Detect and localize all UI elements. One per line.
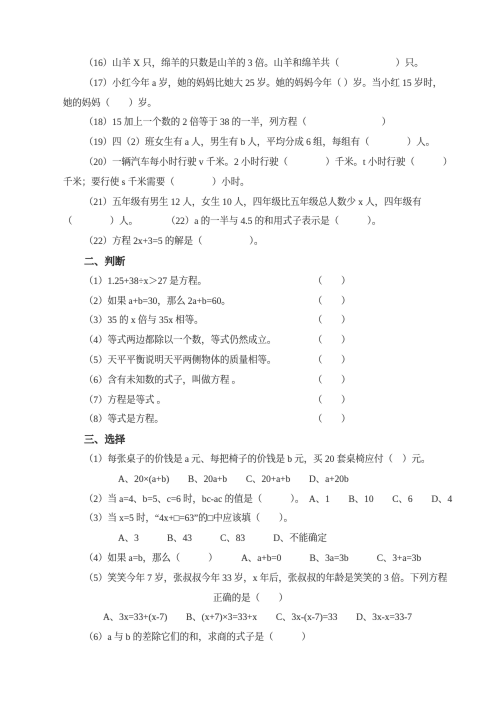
fill-item-20-continued: 千米；要行使 s 千米需要（ ）小时。 xyxy=(63,174,438,194)
worksheet-page: （16）山羊 X 只，绵羊的只数是山羊的 3 倍。山羊和绵羊共（ ）只。 （17… xyxy=(0,0,500,707)
fill-item-16: （16）山羊 X 只，绵羊的只数是山羊的 3 倍。山羊和绵羊共（ ）只。 xyxy=(63,55,438,75)
choice-item-3: （3）当 x=5 时，“4x+□=63”的□中应该填（ ）。 xyxy=(63,510,438,530)
section-heading-choice: 三、选择 xyxy=(63,431,438,451)
judge-statement-8: （8）等式是方程。 xyxy=(84,415,164,425)
choice-item-5: （5）笑笑今年 7 岁，张叔叔今年 33 岁，x 年后，张叔叔的年龄是笑笑的 3… xyxy=(63,570,438,590)
judge-statement-5: （5）天平平衡说明天平两侧物体的质量相等。 xyxy=(84,356,276,366)
fill-item-17-continued: 她的妈妈（ ）岁。 xyxy=(63,95,438,115)
choice-item-2: （2）当 a=4、b=5、c=6 时，bc-ac 的值是（ ）。 A、1 B、1… xyxy=(63,491,438,511)
answer-bracket-7: （ ） xyxy=(313,392,351,412)
answer-bracket-8: （ ） xyxy=(313,411,351,431)
choice-item-1-options: A、20×(a+b) B、20a+b C、20+a+b D、a+20b xyxy=(63,471,438,491)
choice-item-5-options: A、3x=33+(x-7) B、(x+7)×3=33+x C、3x-(x-7)=… xyxy=(63,609,438,629)
section-heading-judge: 二、判断 xyxy=(63,253,438,273)
fill-item-19: （19）四（2）班女生有 a 人，男生有 b 人，平均分成 6 组，每组有（ ）… xyxy=(63,134,438,154)
judge-item-5: （5）天平平衡说明天平两侧物体的质量相等。 （ ） xyxy=(63,352,438,372)
fill-item-18: （18）15 加上一个数的 2 倍等于 38 的一半，列方程（ ） xyxy=(63,114,438,134)
fill-item-21-continued-and-22a: （ ）人。 （22）a 的一半与 4.5 的和用式子表示是（ ）。 xyxy=(63,213,438,233)
answer-bracket-3: （ ） xyxy=(313,312,351,332)
judge-statement-7: （7）方程是等式 。 xyxy=(84,396,166,406)
judge-item-4: （4）等式两边都除以一个数，等式仍然成立。 （ ） xyxy=(63,332,438,352)
judge-item-2: （2）如果 a+b=30，那么 2a+b=60。 （ ） xyxy=(63,293,438,313)
answer-bracket-6: （ ） xyxy=(313,372,351,392)
judge-statement-2: （2）如果 a+b=30，那么 2a+b=60。 xyxy=(84,297,231,307)
answer-bracket-2: （ ） xyxy=(313,293,351,313)
answer-bracket-5: （ ） xyxy=(313,352,351,372)
judge-statement-1: （1）1.25+38÷x＞27 是方程。 xyxy=(84,277,207,287)
judge-item-7: （7）方程是等式 。 （ ） xyxy=(63,392,438,412)
judge-item-3: （3）35 的 x 倍与 35x 相等。 （ ） xyxy=(63,312,438,332)
choice-item-1: （1）每张桌子的价钱是 a 元、每把椅子的价钱是 b 元，买 20 套桌椅应付（… xyxy=(63,451,438,471)
answer-bracket-4: （ ） xyxy=(313,332,351,352)
choice-item-5-continued: 正确的是（ ） xyxy=(63,590,438,610)
choice-item-6: （6）a 与 b 的差除它们的和，求商的式子是（ ） xyxy=(63,629,438,649)
choice-item-4: （4）如果 a=b，那么（ ） A、a+b=0 B、3a=3b C、3+a=3b xyxy=(63,550,438,570)
choice-item-3-options: A、3 B、43 C、83 D、不能确定 xyxy=(63,530,438,550)
fill-item-22: （22）方程 2x+3=5 的解是（ ）。 xyxy=(63,233,438,253)
answer-bracket-1: （ ） xyxy=(313,273,351,293)
judge-statement-6: （6）含有未知数的式子，叫做方程 。 xyxy=(84,376,241,386)
judge-statement-3: （3）35 的 x 倍与 35x 相等。 xyxy=(84,316,204,326)
fill-item-21: （21）五年级有男生 12 人，女生 10 人，四年级比五年级总人数少 x 人，… xyxy=(63,194,438,214)
fill-item-20: （20）一辆汽车每小时行驶 v 千米。2 小时行驶（ ）千米。t 小时行驶（ ） xyxy=(63,154,438,174)
judge-item-8: （8）等式是方程。 （ ） xyxy=(63,411,438,431)
fill-item-17: （17）小红今年 a 岁，她的妈妈比她大 25 岁。她的妈妈今年（ ）岁。当小红… xyxy=(63,75,438,95)
worksheet-content: （16）山羊 X 只，绵羊的只数是山羊的 3 倍。山羊和绵羊共（ ）只。 （17… xyxy=(63,55,438,649)
judge-item-1: （1）1.25+38÷x＞27 是方程。 （ ） xyxy=(63,273,438,293)
judge-statement-4: （4）等式两边都除以一个数，等式仍然成立。 xyxy=(84,336,276,346)
judge-item-6: （6）含有未知数的式子，叫做方程 。 （ ） xyxy=(63,372,438,392)
